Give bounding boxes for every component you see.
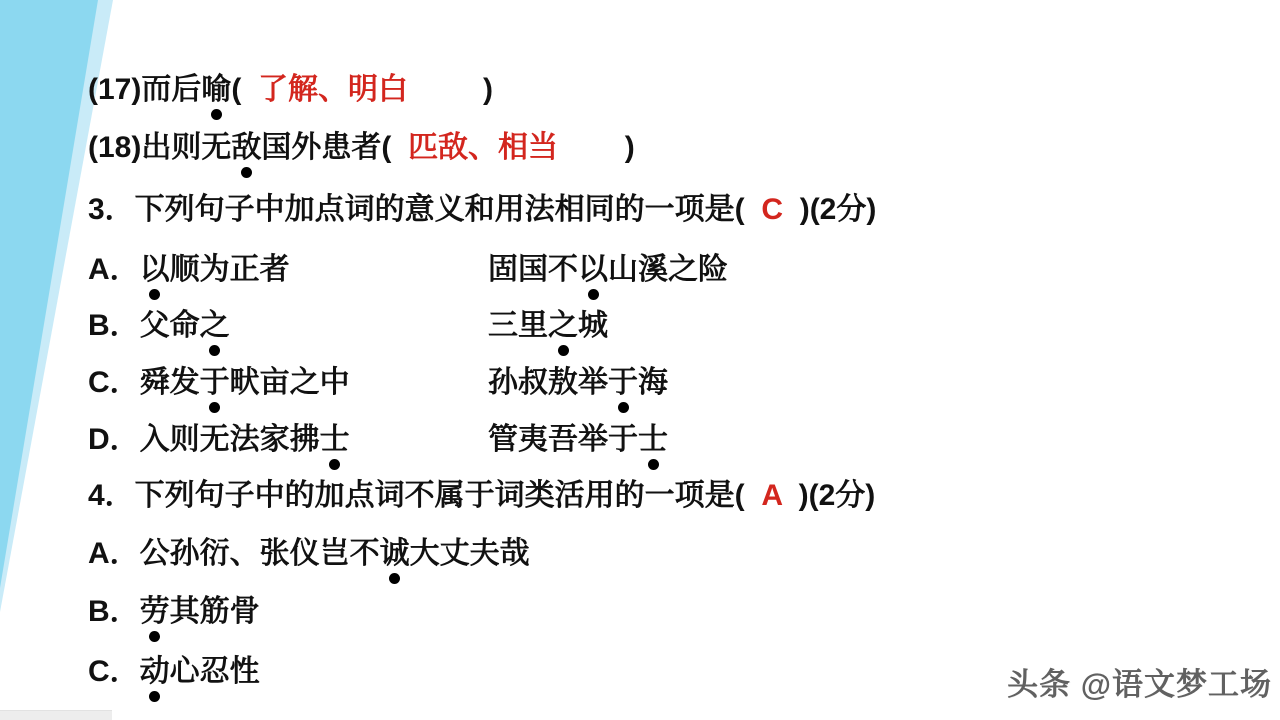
item-18: (18)出则无敌国外患者( 匹敌、相当 ) xyxy=(88,129,635,167)
line-cell: 固国不以山溪之险 xyxy=(488,251,728,289)
watermark: 头条 @语文梦工场 xyxy=(1007,659,1272,704)
dotted-emphasis-char: 诚 xyxy=(380,535,410,573)
text-segment: 其筋骨 xyxy=(170,595,260,628)
text-segment: ) xyxy=(558,131,635,164)
text-segment: A． xyxy=(88,253,140,286)
line-cell: C．舜发于畎亩之中 xyxy=(88,364,488,402)
q4-option-b: B．劳其筋骨 xyxy=(88,593,260,631)
dotted-emphasis-char: 以 xyxy=(140,251,170,289)
text-segment: (17)而后 xyxy=(88,73,201,106)
q4-header: 4．下列句子中的加点词不属于词类活用的一项是( A )(2分) xyxy=(88,477,875,515)
item-17: (17)而后喻( 了解、明白 ) xyxy=(88,71,493,109)
dotted-emphasis-char: 于 xyxy=(200,364,230,402)
text-segment: (18)出则无 xyxy=(88,131,231,164)
text-segment: 三里 xyxy=(488,309,548,342)
text-segment: ( xyxy=(231,73,258,106)
text-segment: 管夷吾举于 xyxy=(488,423,638,456)
text-segment: 国外患者( xyxy=(261,131,408,164)
answer-red-text: C xyxy=(761,193,783,226)
q3-header: 3．下列句子中加点词的意义和用法相同的一项是( C )(2分) xyxy=(88,191,876,229)
line-cell: B．父命之 xyxy=(88,307,488,345)
dotted-emphasis-char: 动 xyxy=(140,653,170,691)
q3-option-a: A．以顺为正者固国不以山溪之险 xyxy=(88,251,728,289)
line-cell: 4．下列句子中的加点词不属于词类活用的一项是( A )(2分) xyxy=(88,477,875,515)
text-segment: 海 xyxy=(638,366,668,399)
line-cell: (17)而后喻( 了解、明白 ) xyxy=(88,71,493,109)
text-segment: 城 xyxy=(578,309,608,342)
line-cell: 3．下列句子中加点词的意义和用法相同的一项是( C )(2分) xyxy=(88,191,876,229)
line-cell: C．动心忍性 xyxy=(88,653,260,691)
line-cell: 三里之城 xyxy=(488,307,608,345)
text-segment: 心忍性 xyxy=(170,655,260,688)
line-cell: (18)出则无敌国外患者( 匹敌、相当 ) xyxy=(88,129,635,167)
text-segment: 大丈夫哉 xyxy=(410,537,530,570)
q3-option-b: B．父命之三里之城 xyxy=(88,307,608,345)
text-segment: B．父命 xyxy=(88,309,200,342)
q3-option-d: D．入则无法家拂士管夷吾举于士 xyxy=(88,421,668,459)
text-segment: B． xyxy=(88,595,140,628)
dotted-emphasis-char: 喻 xyxy=(201,71,231,109)
line-cell: 管夷吾举于士 xyxy=(488,421,668,459)
text-segment: 固国不 xyxy=(488,253,578,286)
line-cell: A．以顺为正者 xyxy=(88,251,488,289)
text-segment: C． xyxy=(88,655,140,688)
exam-slide: (17)而后喻( 了解、明白 )(18)出则无敌国外患者( 匹敌、相当 )3．下… xyxy=(0,0,1280,720)
dotted-emphasis-char: 以 xyxy=(578,251,608,289)
answer-red-text: 了解、明白 xyxy=(258,73,408,106)
text-segment: 孙叔敖举 xyxy=(488,366,608,399)
text-segment: 4．下列句子中的加点词不属于词类活用的一项是( xyxy=(88,479,761,512)
dotted-emphasis-char: 之 xyxy=(548,307,578,345)
line-cell: D．入则无法家拂士 xyxy=(88,421,488,459)
text-segment: ) xyxy=(408,73,493,106)
answer-red-text: A xyxy=(761,479,782,512)
dotted-emphasis-char: 之 xyxy=(200,307,230,345)
dotted-emphasis-char: 劳 xyxy=(140,593,170,631)
dotted-emphasis-char: 于 xyxy=(608,364,638,402)
text-segment: )(2分) xyxy=(783,193,876,226)
text-segment: 3．下列句子中加点词的意义和用法相同的一项是( xyxy=(88,193,761,226)
dotted-emphasis-char: 敌 xyxy=(231,129,261,167)
text-segment: )(2分) xyxy=(782,479,875,512)
dotted-emphasis-char: 士 xyxy=(638,421,668,459)
text-segment: A．公孙衍、张仪岂不 xyxy=(88,537,380,570)
text-segment: C．舜发 xyxy=(88,366,200,399)
answer-red-text: 匹敌、相当 xyxy=(408,131,558,164)
line-cell: A．公孙衍、张仪岂不诚大丈夫哉 xyxy=(88,535,530,573)
q4-option-c: C．动心忍性 xyxy=(88,653,260,691)
q3-option-c: C．舜发于畎亩之中孙叔敖举于海 xyxy=(88,364,668,402)
line-cell: B．劳其筋骨 xyxy=(88,593,260,631)
q4-option-a: A．公孙衍、张仪岂不诚大丈夫哉 xyxy=(88,535,530,573)
text-segment: D．入则无法家拂 xyxy=(88,423,320,456)
line-cell: 孙叔敖举于海 xyxy=(488,364,668,402)
content-lines: (17)而后喻( 了解、明白 )(18)出则无敌国外患者( 匹敌、相当 )3．下… xyxy=(0,0,1280,720)
text-segment: 畎亩之中 xyxy=(230,366,350,399)
bottom-left-strip xyxy=(0,710,112,720)
text-segment: 顺为正者 xyxy=(170,253,290,286)
dotted-emphasis-char: 士 xyxy=(320,421,350,459)
text-segment: 山溪之险 xyxy=(608,253,728,286)
